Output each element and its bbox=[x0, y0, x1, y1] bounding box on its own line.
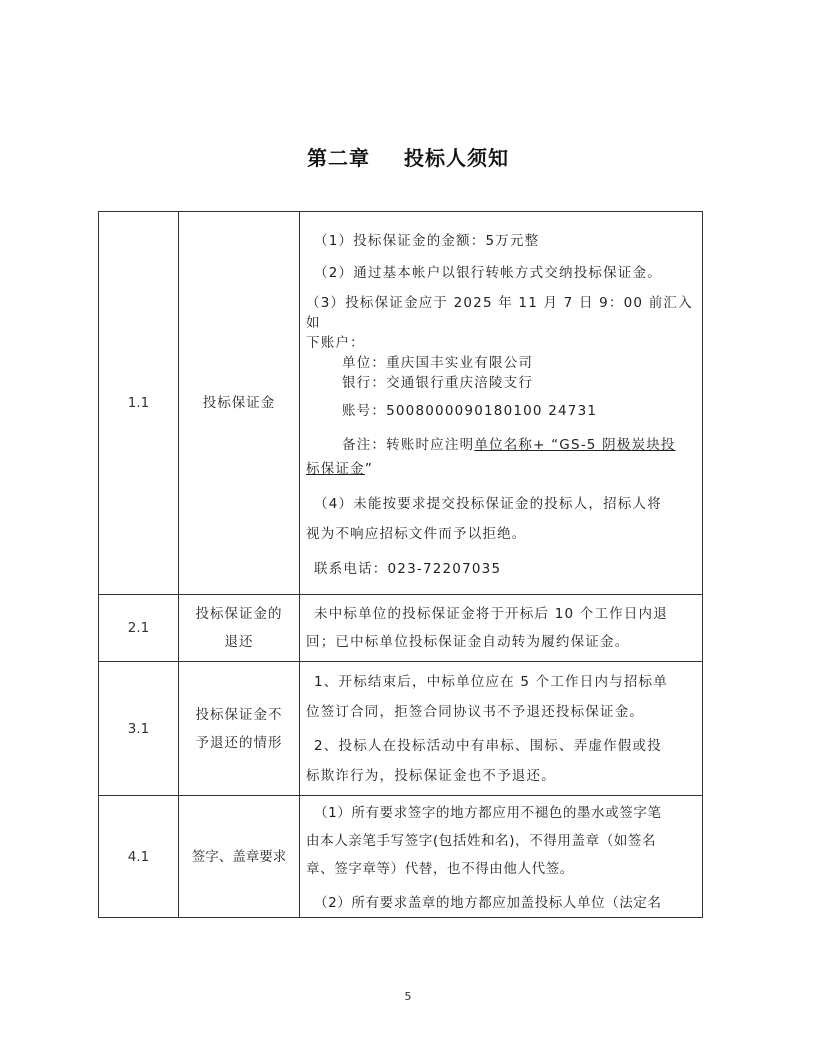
content-line: 位签订合同，拒签合同协议书不予退还投标保证金。 bbox=[300, 697, 702, 727]
page-title: 第二章投标人须知 bbox=[0, 142, 816, 171]
table-row: 2.1 投标保证金的 退还 未中标单位的投标保证金将于开标后 10 个工作日内退… bbox=[99, 595, 703, 662]
row-content: 1、开标结束后，中标单位应在 5 个工作日内与招标单 位签订合同，拒签合同协议书… bbox=[300, 662, 703, 796]
content-line: （1）所有要求签字的地方都应用不褪色的墨水或签字笔 bbox=[300, 799, 702, 827]
content-line: 视为不响应招标文件而予以拒绝。 bbox=[300, 519, 702, 549]
content-line: 标欺诈行为，投标保证金也不予退还。 bbox=[300, 761, 702, 791]
content-line: 由本人亲笔手写签字(包括姓和名)，不得用盖章（如签名 bbox=[300, 827, 702, 855]
row-number: 1.1 bbox=[99, 212, 179, 595]
content-line: 下账户： bbox=[300, 333, 702, 353]
content-line: 银行：交通银行重庆涪陵支行 bbox=[300, 373, 702, 393]
contact-phone: 联系电话：023-72207035 bbox=[300, 557, 702, 581]
row-content: （1）投标保证金的金额：5万元整 （2）通过基本帐户以银行转帐方式交纳投标保证金… bbox=[300, 212, 703, 595]
content-line: 2、投标人在投标活动中有串标、围标、弄虚作假或投 bbox=[300, 731, 702, 761]
instructions-table: 1.1 投标保证金 （1）投标保证金的金额：5万元整 （2）通过基本帐户以银行转… bbox=[98, 211, 703, 918]
row-content: （1）所有要求签字的地方都应用不褪色的墨水或签字笔 由本人亲笔手写签字(包括姓和… bbox=[300, 796, 703, 918]
row-item: 投标保证金 bbox=[179, 212, 300, 595]
content-line: （2）通过基本帐户以银行转帐方式交纳投标保证金。 bbox=[300, 263, 702, 283]
row-number: 3.1 bbox=[99, 662, 179, 796]
content-line: （2）所有要求盖章的地方都应加盖投标人单位（法定名 bbox=[300, 889, 702, 917]
content-line: 未中标单位的投标保证金将于开标后 10 个工作日内退 bbox=[300, 600, 702, 628]
content-line: 标保证金” bbox=[300, 457, 702, 481]
content-line: 1、开标结束后，中标单位应在 5 个工作日内与招标单 bbox=[300, 667, 702, 697]
chapter-label: 第二章 bbox=[307, 146, 370, 170]
row-item: 投标保证金不 予退还的情形 bbox=[179, 662, 300, 796]
row-item: 投标保证金的 退还 bbox=[179, 595, 300, 662]
content-line: 备注：转账时应注明单位名称+ “GS-5 阴极炭块投 bbox=[300, 433, 702, 457]
content-line: （1）投标保证金的金额：5万元整 bbox=[300, 231, 702, 251]
content-line: （3）投标保证金应于 2025 年 11 月 7 日 9：00 前汇入如 bbox=[300, 293, 702, 333]
account-number: 账号：5008000090180100 24731 bbox=[300, 401, 702, 421]
row-number: 2.1 bbox=[99, 595, 179, 662]
chapter-name: 投标人须知 bbox=[404, 146, 509, 170]
table-row: 1.1 投标保证金 （1）投标保证金的金额：5万元整 （2）通过基本帐户以银行转… bbox=[99, 212, 703, 595]
content-line: 章、签字章等）代替，也不得由他人代签。 bbox=[300, 855, 702, 883]
row-content: 未中标单位的投标保证金将于开标后 10 个工作日内退 回；已中标单位投标保证金自… bbox=[300, 595, 703, 662]
content-line: 单位：重庆国丰实业有限公司 bbox=[300, 353, 702, 373]
content-line: （4）未能按要求提交投标保证金的投标人，招标人将 bbox=[300, 489, 702, 519]
content-line: 回；已中标单位投标保证金自动转为履约保证金。 bbox=[300, 628, 702, 656]
row-number: 4.1 bbox=[99, 796, 179, 918]
page-number: 5 bbox=[0, 990, 816, 1003]
row-item: 签字、盖章要求 bbox=[179, 796, 300, 918]
table-row: 4.1 签字、盖章要求 （1）所有要求签字的地方都应用不褪色的墨水或签字笔 由本… bbox=[99, 796, 703, 918]
table-row: 3.1 投标保证金不 予退还的情形 1、开标结束后，中标单位应在 5 个工作日内… bbox=[99, 662, 703, 796]
